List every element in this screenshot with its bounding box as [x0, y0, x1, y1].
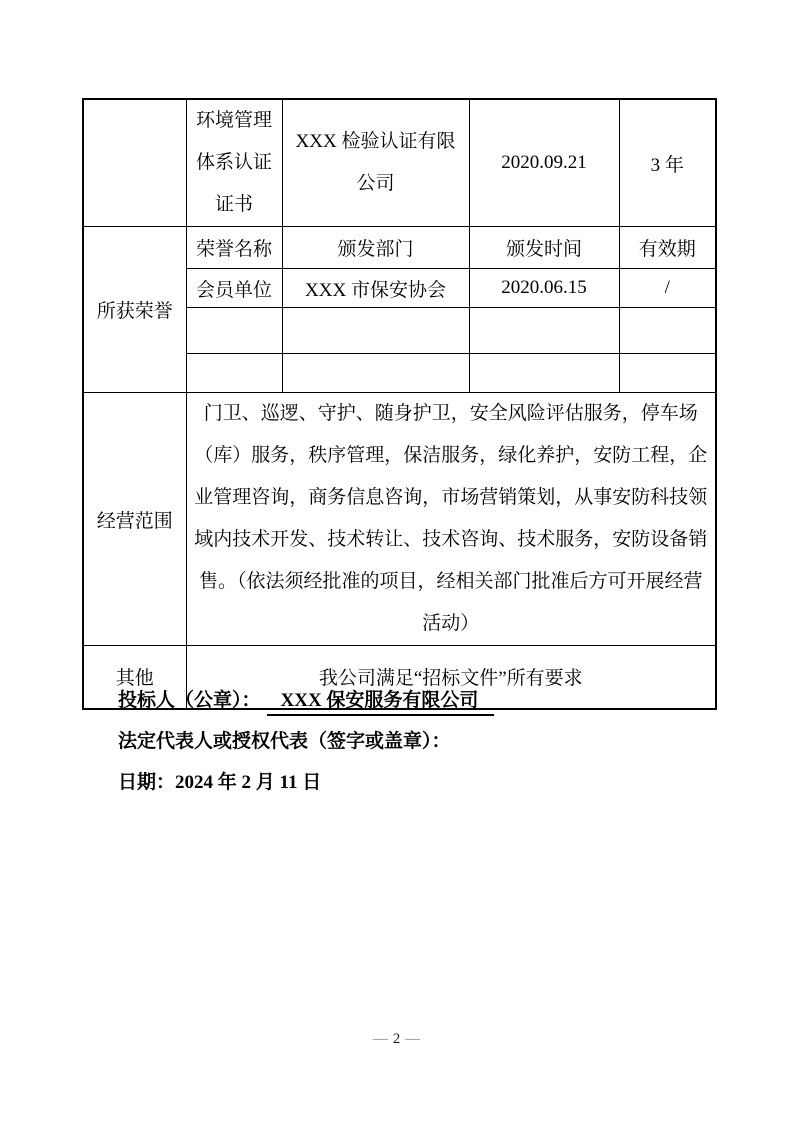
page-number-value: 2 [393, 1031, 401, 1047]
honor-date-cell: 2020.06.15 [469, 269, 619, 308]
honor-name-cell [186, 354, 282, 393]
business-scope-label: 经营范围 [83, 393, 186, 646]
cert-row: 环境管理 体系认证 证书 XXX 检验认证有限公司 2020.09.21 3 年 [83, 99, 716, 227]
cert-row-empty-label-cell [83, 99, 186, 227]
cert-date-cell: 2020.09.21 [469, 99, 619, 227]
cert-name-line-3: 证书 [191, 184, 278, 226]
cert-name-cell: 环境管理 体系认证 证书 [186, 99, 282, 227]
honor-name-cell: 会员单位 [186, 269, 282, 308]
honors-section-label: 所获荣誉 [83, 227, 186, 393]
page-number-dash-right: — [405, 1031, 420, 1047]
page-number: —2— [0, 1031, 793, 1048]
honor-issuer-cell [282, 354, 469, 393]
cert-validity-cell: 3 年 [619, 99, 716, 227]
bidder-line: 投标人（公章）：XXX 保安服务有限公司 [118, 685, 494, 716]
honors-header-name: 荣誉名称 [186, 227, 282, 269]
honors-header-validity: 有效期 [619, 227, 716, 269]
honors-header-issuer: 颁发部门 [282, 227, 469, 269]
honor-issuer-cell [282, 308, 469, 354]
honor-date-cell [469, 308, 619, 354]
honor-name-cell [186, 308, 282, 354]
honors-header-row: 所获荣誉 荣誉名称 颁发部门 颁发时间 有效期 [83, 227, 716, 269]
honors-header-date: 颁发时间 [469, 227, 619, 269]
honor-validity-cell: / [619, 269, 716, 308]
business-scope-row: 经营范围 门卫、巡逻、守护、随身护卫，安全风险评估服务，停车场（库）服务，秩序管… [83, 393, 716, 646]
honor-validity-cell [619, 354, 716, 393]
cert-name-line-2: 体系认证 [191, 142, 278, 184]
document-page: 环境管理 体系认证 证书 XXX 检验认证有限公司 2020.09.21 3 年… [0, 0, 793, 1122]
honor-date-cell [469, 354, 619, 393]
bidder-label: 投标人（公章）： [118, 690, 261, 711]
cert-name-line-1: 环境管理 [191, 100, 278, 142]
honor-validity-cell [619, 308, 716, 354]
cert-issuer-cell: XXX 检验认证有限公司 [282, 99, 469, 227]
date-line: 日期：2024 年 2 月 11 日 [118, 767, 321, 794]
page-number-dash-left: — [373, 1031, 388, 1047]
business-scope-text: 门卫、巡逻、守护、随身护卫，安全风险评估服务，停车场（库）服务，秩序管理，保洁服… [186, 393, 716, 646]
honor-issuer-cell: XXX 市保安协会 [282, 269, 469, 308]
representative-line: 法定代表人或授权代表（签字或盖章）： [118, 726, 451, 753]
bidder-name: XXX 保安服务有限公司 [267, 685, 495, 716]
qualification-table: 环境管理 体系认证 证书 XXX 检验认证有限公司 2020.09.21 3 年… [82, 98, 717, 710]
